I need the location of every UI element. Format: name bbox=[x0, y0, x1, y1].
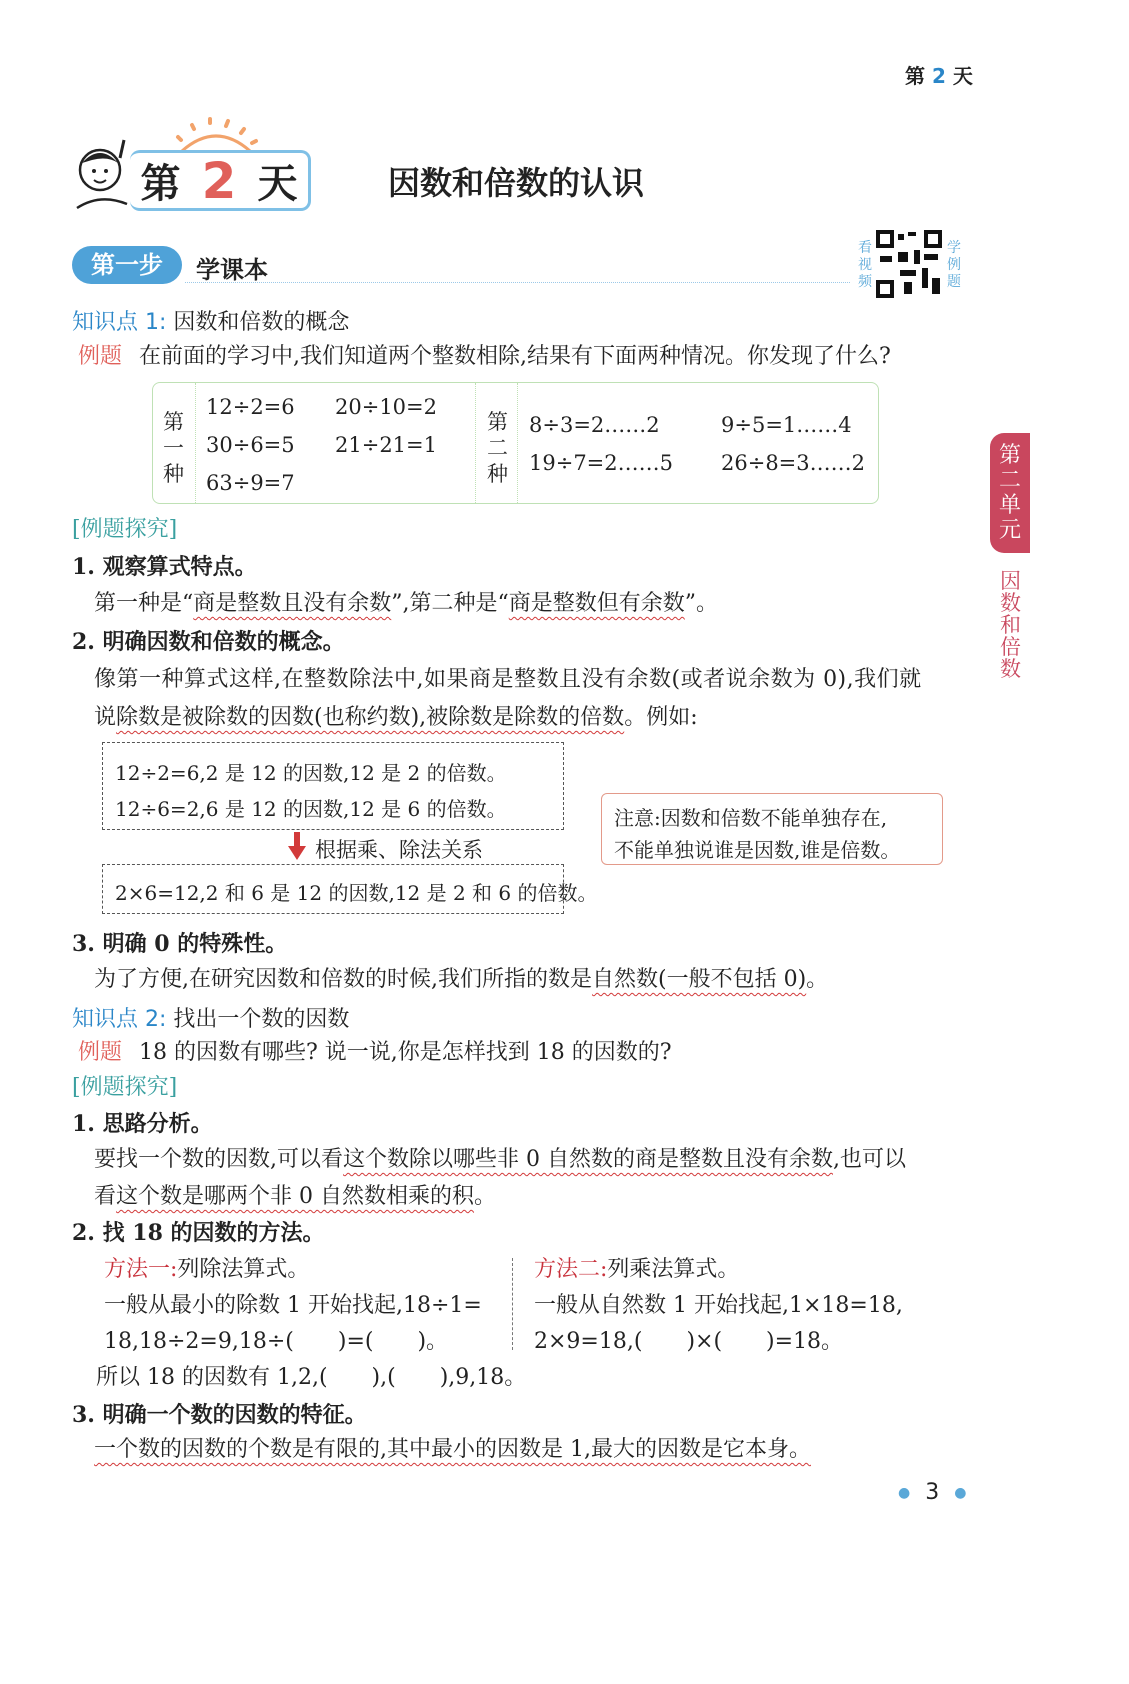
down-arrow-icon bbox=[288, 832, 306, 860]
s1-para-1: 第一种是“商是整数且没有余数”,第二种是“商是整数但有余数”。 bbox=[94, 584, 718, 624]
example-1: 例题 在前面的学习中,我们知道两个整数相除,结果有下面两种情况。你发现了什么? bbox=[78, 337, 891, 377]
mascot-icon bbox=[72, 138, 132, 213]
page-number: ● 3 ● bbox=[898, 1480, 966, 1505]
group2-label: 第二种 bbox=[487, 409, 509, 487]
s1-para-3: 为了方便,在研究因数和倍数的时候,我们所指的数是自然数(一般不包括 0)。 bbox=[94, 960, 828, 1000]
s2-heading-1: 1. 思路分析。 bbox=[72, 1104, 213, 1144]
method-2-title: 方法二:列乘法算式。 bbox=[534, 1250, 739, 1290]
knowledge-point-1: 知识点 1: 因数和倍数的概念 bbox=[72, 305, 349, 336]
note-box: 注意:因数和倍数不能单独存在, 不能单独说谁是因数,谁是倍数。 bbox=[601, 793, 943, 865]
step-pill: 第一步 bbox=[72, 246, 182, 284]
example-box-2: 2×6=12,2 和 6 是 12 的因数,12 是 2 和 6 的倍数。 bbox=[102, 864, 564, 914]
method-2-line-2: 2×9=18,()×()=18。 bbox=[534, 1322, 843, 1362]
equation: 12÷2=6 bbox=[206, 395, 295, 419]
qr-left-caption: 看视频 bbox=[858, 240, 874, 291]
method-1-line-2: 18,18÷2=9,18÷()=()。 bbox=[104, 1322, 448, 1362]
s2-para-3: 一个数的因数的个数是有限的,其中最小的因数是 1,最大的因数是它本身。 bbox=[94, 1430, 811, 1470]
s2-heading-3: 3. 明确一个数的因数的特征。 bbox=[72, 1395, 367, 1435]
dot-icon: ● bbox=[954, 1485, 966, 1501]
equation: 8÷3=2……2 bbox=[529, 413, 660, 437]
step-label: 学课本 bbox=[196, 250, 268, 285]
s2-para-1-line-1: 要找一个数的因数,可以看这个数除以哪些非 0 自然数的商是整数且没有余数,也可以 bbox=[94, 1140, 906, 1180]
equation: 30÷6=5 bbox=[206, 433, 295, 457]
s1-heading-1: 1. 观察算式特点。 bbox=[72, 547, 257, 587]
method-1-line-1: 一般从最小的除数 1 开始找起,18÷1= bbox=[104, 1286, 482, 1326]
division-table: 第一种 12÷2=6 20÷10=2 30÷6=5 21÷21=1 63÷9=7… bbox=[152, 382, 879, 504]
example-2: 例题 18 的因数有哪些? 说一说,你是怎样找到 18 的因数的? bbox=[78, 1033, 672, 1073]
step-divider bbox=[185, 282, 850, 283]
example-box-1: 12÷2=6,2 是 12 的因数,12 是 2 的倍数。 12÷6=2,6 是… bbox=[102, 742, 564, 830]
page-title: 因数和倍数的认识 bbox=[388, 158, 644, 204]
dot-icon: ● bbox=[898, 1485, 910, 1501]
unit-tab[interactable]: 第二单元 bbox=[990, 433, 1030, 553]
method-1-title: 方法一:列除法算式。 bbox=[104, 1250, 309, 1290]
method-2-line-1: 一般从自然数 1 开始找起,1×18=18, bbox=[534, 1286, 903, 1326]
qr-right-caption: 学例题 bbox=[947, 240, 963, 291]
day-badge: 第 2 天 bbox=[130, 150, 311, 211]
s1-para-2-line-1: 像第一种算式这样,在整数除法中,如果商是整数且没有余数(或者说余数为 0),我们… bbox=[94, 660, 922, 700]
s1-para-2-line-2: 说除数是被除数的因数(也称约数),被除数是除数的倍数。例如: bbox=[94, 698, 698, 738]
equation: 9÷5=1……4 bbox=[721, 413, 852, 437]
equation: 63÷9=7 bbox=[206, 471, 295, 495]
explore-heading-2: [例题探究] bbox=[72, 1068, 177, 1108]
explore-heading-1: [例题探究] bbox=[72, 510, 177, 550]
arrow-label: 根据乘、除法关系 bbox=[315, 834, 483, 864]
s1-heading-3: 3. 明确 0 的特殊性。 bbox=[72, 924, 287, 964]
conclusion: 所以 18 的因数有 1,2,(),(),9,18。 bbox=[96, 1358, 526, 1398]
equation: 26÷8=3……2 bbox=[721, 451, 865, 475]
topic-tab: 因数和倍数 bbox=[1000, 570, 1022, 680]
s2-para-1-line-2: 看这个数是哪两个非 0 自然数相乘的积。 bbox=[94, 1177, 496, 1217]
equation: 21÷21=1 bbox=[335, 433, 437, 457]
running-header: 第 2 天 bbox=[905, 60, 973, 89]
s2-heading-2: 2. 找 18 的因数的方法。 bbox=[72, 1213, 325, 1253]
equation: 19÷7=2……5 bbox=[529, 451, 673, 475]
group1-label: 第一种 bbox=[163, 409, 185, 487]
knowledge-point-2: 知识点 2: 找出一个数的因数 bbox=[72, 1002, 349, 1033]
s1-heading-2: 2. 明确因数和倍数的概念。 bbox=[72, 622, 345, 662]
qr-code[interactable] bbox=[874, 228, 944, 300]
equation: 20÷10=2 bbox=[335, 395, 437, 419]
sunrays-icon bbox=[170, 115, 262, 155]
method-divider bbox=[512, 1258, 513, 1350]
